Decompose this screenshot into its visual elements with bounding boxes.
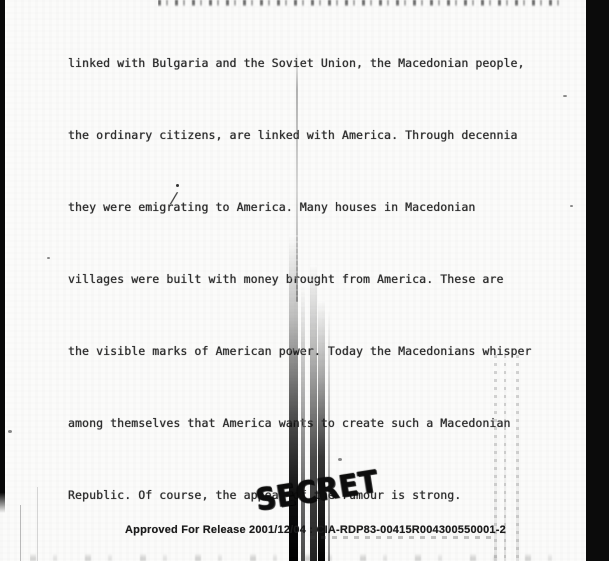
ink-speck <box>338 458 342 461</box>
scan-streak <box>310 265 317 561</box>
paragraph-line: among themselves that America wants to c… <box>68 411 532 435</box>
release-approval-line: Approved For Release 2001/12/04 : CIA-RD… <box>125 524 506 536</box>
stray-pen-mark: / <box>169 189 179 208</box>
ink-speck <box>8 430 12 433</box>
left-thin-scan-line <box>20 505 21 561</box>
paragraph-line: they were emigrating to America. Many ho… <box>68 195 532 219</box>
paragraph-line: the ordinary citizens, are linked with A… <box>68 123 532 147</box>
scan-streak <box>318 300 325 561</box>
typewritten-paragraph: linked with Bulgaria and the Soviet Unio… <box>68 3 532 555</box>
scan-edge-bar-right <box>586 0 609 561</box>
ink-speck <box>570 205 573 207</box>
left-thin-scan-line <box>37 487 38 561</box>
paragraph-line: linked with Bulgaria and the Soviet Unio… <box>68 51 532 75</box>
bottom-edge-noise <box>30 553 580 561</box>
paragraph-line: the visible marks of American power. Tod… <box>68 339 532 363</box>
scanned-document-page: linked with Bulgaria and the Soviet Unio… <box>0 0 609 561</box>
paragraph-line: villages were built with money brought f… <box>68 267 532 291</box>
scan-edge-bar-left <box>0 0 5 513</box>
ink-speck <box>563 95 567 97</box>
footer-underline-noise <box>310 536 495 539</box>
stray-dot-mark <box>176 184 179 187</box>
ink-speck <box>47 257 50 259</box>
scan-streak <box>301 285 305 561</box>
